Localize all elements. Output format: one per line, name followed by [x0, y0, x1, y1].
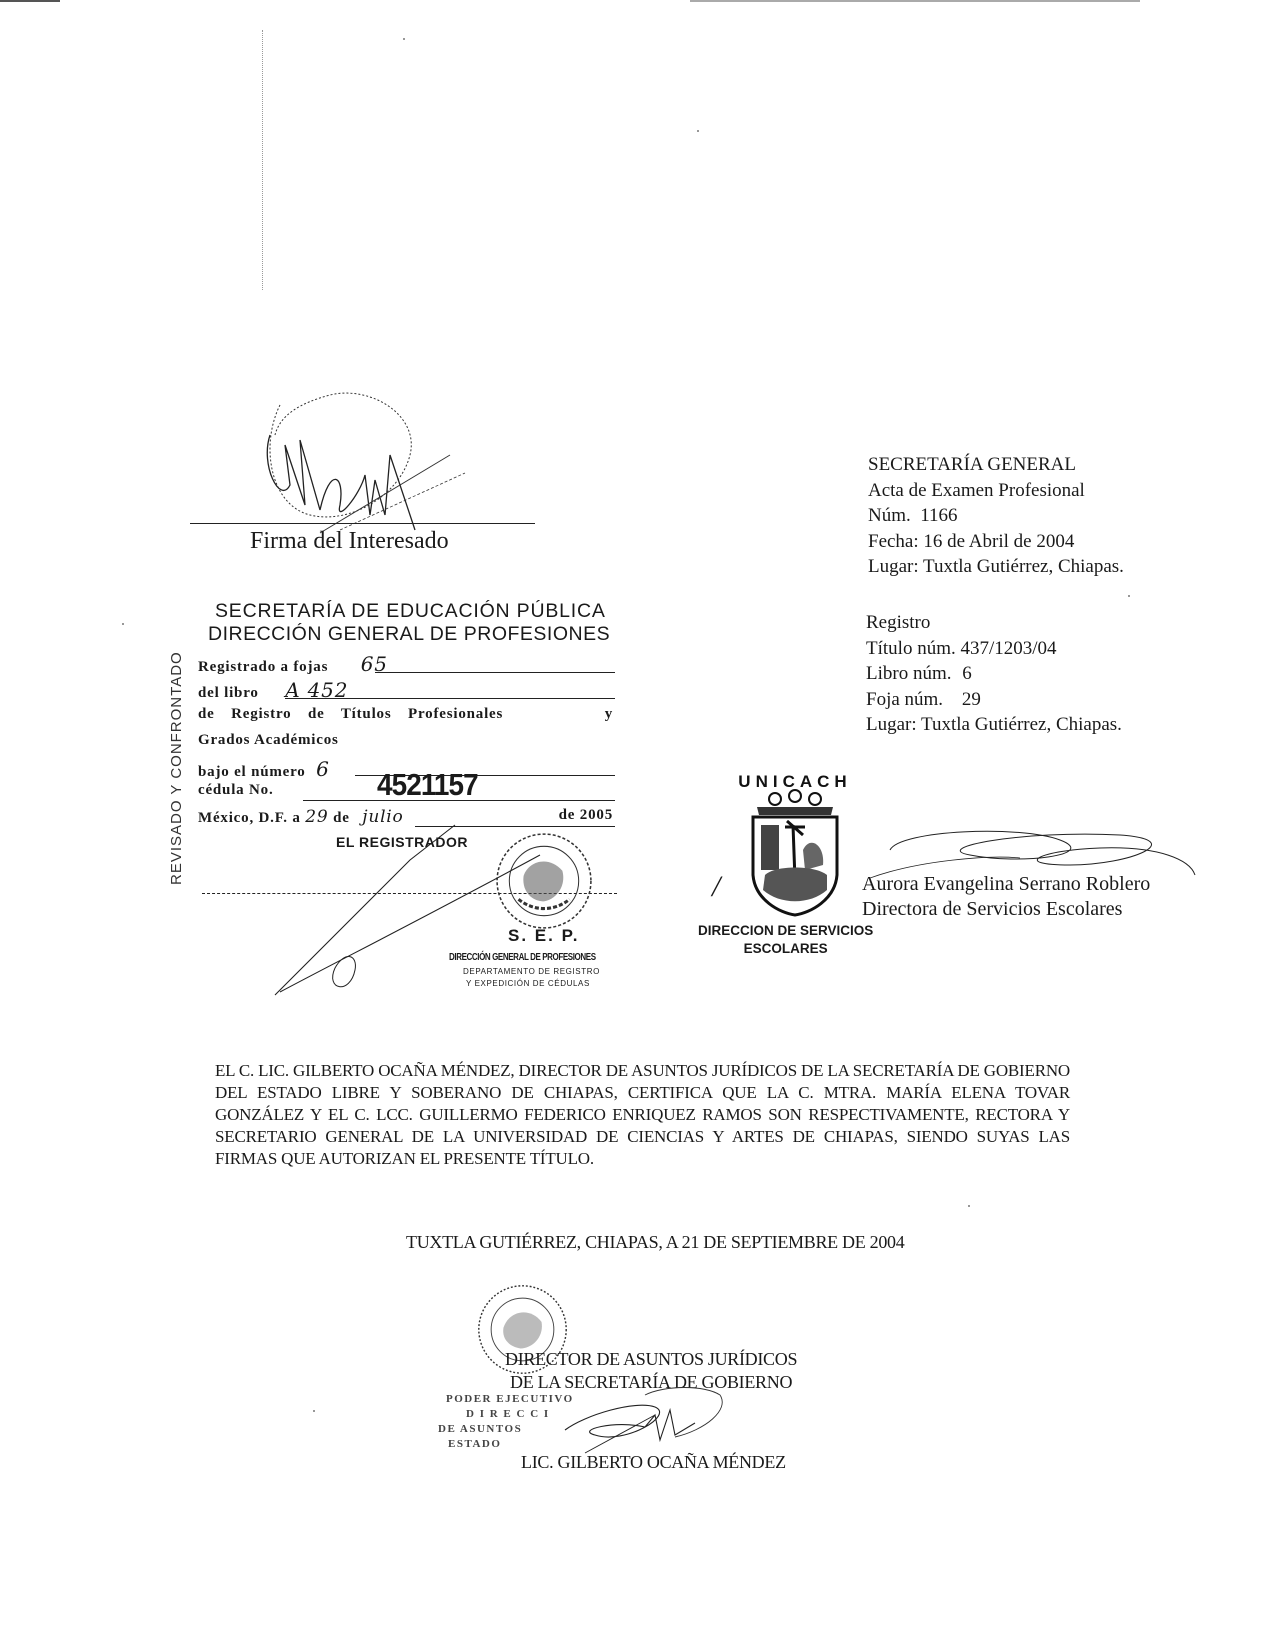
- scan-speck: [697, 130, 699, 132]
- unicach-logo-text: UNICACH: [738, 772, 851, 791]
- sep-header-2: DIRECCIÓN GENERAL DE PROFESIONES: [208, 623, 610, 646]
- certification-paragraph: EL C. LIC. GILBERTO OCAÑA MÉNDEZ, DIRECT…: [215, 1060, 1070, 1170]
- acta-heading: SECRETARÍA GENERAL: [868, 452, 1124, 478]
- acta-number: Núm. 1166: [868, 503, 1124, 529]
- libro-fill-line: [285, 698, 615, 699]
- registro-place: Lugar: Tuxtla Gutiérrez, Chiapas.: [866, 712, 1122, 738]
- direccion-servicios-escolares-label: DIRECCION DE SERVICIOS ESCOLARES: [698, 922, 873, 958]
- titulo-value: 437/1203/04: [960, 638, 1056, 659]
- scan-speck: [122, 623, 124, 625]
- director-title-1: DIRECTOR DE ASUNTOS JURÍDICOS: [505, 1348, 797, 1371]
- aurora-name: Aurora Evangelina Serrano Roblero: [862, 872, 1150, 897]
- acta-date: Fecha: 16 de Abril de 2004: [868, 529, 1124, 555]
- numero-label: bajo el número: [198, 764, 306, 780]
- cedula-row: cédula No.: [198, 782, 274, 799]
- sep-subtitle-3: Y EXPEDICIÓN DE CÉDULAS: [466, 979, 590, 988]
- certification-place-date: TUXTLA GUTIÉRREZ, CHIAPAS, A 21 DE SEPTI…: [406, 1232, 904, 1253]
- grados-row: Grados Académicos: [198, 732, 339, 749]
- libro-label: del libro: [198, 685, 259, 701]
- foja-label: Foja núm.: [866, 689, 943, 710]
- director-name: LIC. GILBERTO OCAÑA MÉNDEZ: [521, 1452, 786, 1473]
- libro-row: Libro núm. 6: [866, 661, 1122, 687]
- scan-speck: [403, 38, 405, 40]
- sep-header-1: SECRETARÍA DE EDUCACIÓN PÚBLICA: [215, 600, 606, 623]
- cedula-label: cédula No.: [198, 782, 274, 798]
- director-signature: [555, 1385, 735, 1455]
- signature-label: Firma del Interesado: [250, 528, 449, 555]
- dse-line-1: DIRECCION DE SERVICIOS: [698, 922, 873, 940]
- pen-mark: /: [712, 870, 720, 904]
- registro-text: de Registro de Títulos Profesionales: [198, 706, 503, 723]
- libro-label: Libro núm.: [866, 663, 952, 684]
- scan-speck: [968, 1205, 970, 1207]
- foja-row: Foja núm. 29: [866, 687, 1122, 713]
- revisado-confrontado-label: REVISADO Y CONFRONTADO: [168, 651, 185, 885]
- scan-edge-artifact: [0, 0, 1275, 4]
- interested-party-signature: [250, 385, 470, 535]
- scan-speck: [313, 1410, 315, 1412]
- numero-value: 6: [316, 757, 330, 781]
- foja-value: 29: [962, 689, 981, 710]
- registro-block: Registro Título núm. 437/1203/04 Libro n…: [866, 610, 1122, 738]
- cedula-fill-line: [303, 800, 615, 801]
- unicach-shield-icon: UNICACH: [735, 765, 855, 920]
- acta-line: Acta de Examen Profesional: [868, 478, 1124, 504]
- numero-row: bajo el número 6: [198, 757, 330, 781]
- aurora-signature: [870, 820, 1200, 880]
- fecha-year: de 2005: [559, 807, 613, 824]
- titulo-label: Título núm.: [866, 638, 956, 659]
- aurora-title: Directora de Servicios Escolares: [862, 897, 1150, 922]
- sep-subtitle-2: DEPARTAMENTO DE REGISTRO: [463, 967, 600, 976]
- fojas-row: Registrado a fojas 65: [198, 652, 388, 676]
- sep-abbrev: S. E. P.: [508, 926, 579, 946]
- dse-line-2: ESCOLARES: [698, 940, 873, 958]
- signature-line: [190, 523, 535, 524]
- fojas-label: Registrado a fojas: [198, 659, 328, 675]
- registro-text-y: y: [605, 706, 613, 723]
- titulo-row: Título núm. 437/1203/04: [866, 636, 1122, 662]
- stamp-line-3: DE ASUNTOS: [438, 1422, 574, 1437]
- libro-value: 6: [962, 663, 972, 684]
- registro-heading: Registro: [866, 610, 1122, 636]
- fojas-fill-line: [375, 672, 615, 673]
- scan-fold-mark: [262, 30, 263, 290]
- aurora-block: Aurora Evangelina Serrano Roblero Direct…: [862, 872, 1150, 922]
- scan-speck: [1128, 595, 1130, 597]
- acta-place: Lugar: Tuxtla Gutiérrez, Chiapas.: [868, 554, 1124, 580]
- acta-block: SECRETARÍA GENERAL Acta de Examen Profes…: [868, 452, 1124, 580]
- sep-subtitle-1: DIRECCIÓN GENERAL DE PROFESIONES: [449, 952, 596, 963]
- cedula-number: 4521157: [377, 767, 478, 803]
- registro-row: de Registro de Títulos Profesionales y: [198, 706, 613, 723]
